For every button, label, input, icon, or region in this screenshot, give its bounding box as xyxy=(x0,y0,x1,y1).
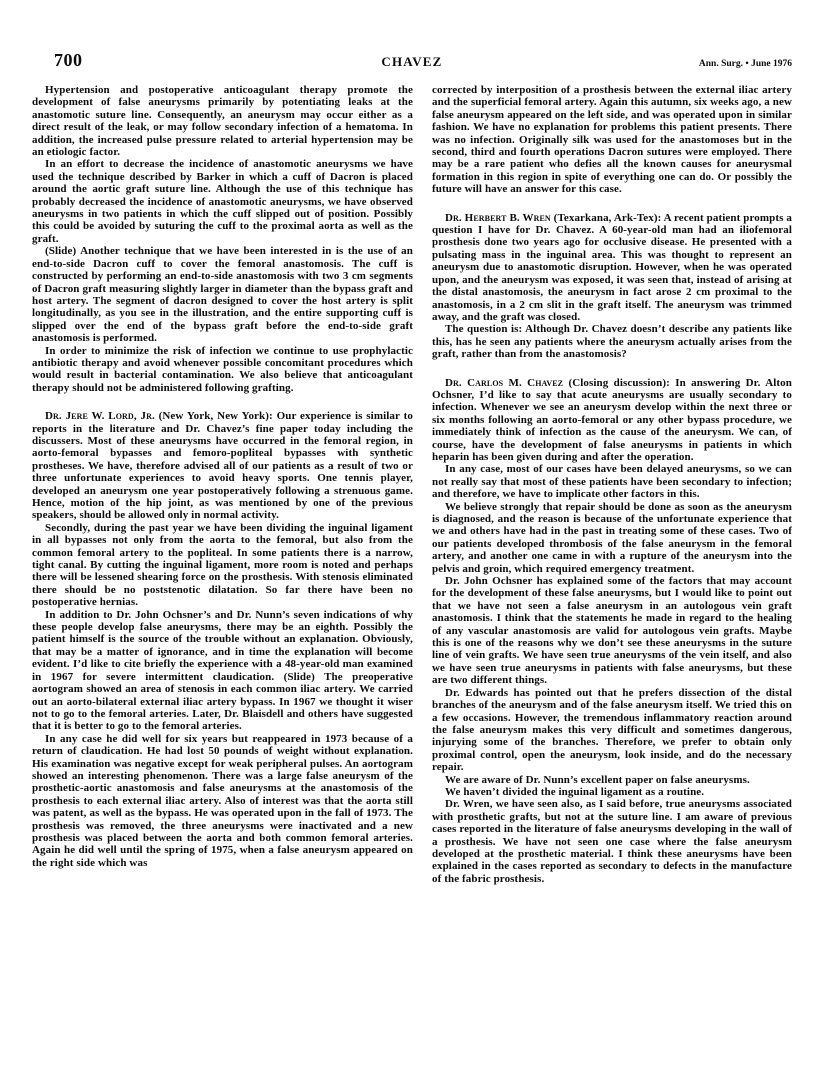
paragraph: In any case, most of our cases have been… xyxy=(432,463,792,500)
paragraph: Dr. Edwards has pointed out that he pref… xyxy=(432,687,792,774)
left-column: Hypertension and postoperative anticoagu… xyxy=(32,84,413,885)
journal-citation: Ann. Surg. • June 1976 xyxy=(539,59,792,69)
speaker-name: Dr. Jere W. Lord, Jr. xyxy=(45,410,155,422)
paragraph: (Slide) Another technique that we have b… xyxy=(32,245,413,344)
text-columns: Hypertension and postoperative anticoagu… xyxy=(32,84,792,885)
paragraph: In an effort to decrease the incidence o… xyxy=(32,158,413,245)
paragraph: The question is: Although Dr. Chavez doe… xyxy=(432,323,792,360)
discussant-paragraph: Dr. Carlos M. Chavez (Closing discussion… xyxy=(432,377,792,464)
page-header: 700 CHAVEZ Ann. Surg. • June 1976 xyxy=(32,50,792,71)
paragraph: Dr. John Ochsner has explained some of t… xyxy=(432,575,792,687)
discussant-paragraph: Dr. Herbert B. Wren (Texarkana, Ark-Tex)… xyxy=(432,212,792,324)
paragraph: In any case he did well for six years bu… xyxy=(32,733,413,869)
paragraph: In addition to Dr. John Ochsner’s and Dr… xyxy=(32,609,413,733)
running-head: CHAVEZ xyxy=(285,54,538,70)
paragraph-text: (New York, New York): Our experience is … xyxy=(32,410,413,521)
right-column: corrected by interposition of a prosthes… xyxy=(432,84,792,885)
speaker-name: Dr. Carlos M. Chavez xyxy=(445,377,563,389)
paragraph-text: (Texarkana, Ark-Tex): A recent patient p… xyxy=(432,212,792,323)
paragraph: We haven’t divided the inguinal ligament… xyxy=(432,786,792,798)
paragraph: We believe strongly that repair should b… xyxy=(432,501,792,575)
paragraph: Dr. Wren, we have seen also, as I said b… xyxy=(432,798,792,885)
discussant-paragraph: Dr. Jere W. Lord, Jr. (New York, New Yor… xyxy=(32,410,413,522)
speaker-name: Dr. Herbert B. Wren xyxy=(445,212,551,224)
paragraph: Secondly, during the past year we have b… xyxy=(32,522,413,609)
paragraph-text: (Closing discussion): In answering Dr. A… xyxy=(432,377,792,463)
journal-page: 700 CHAVEZ Ann. Surg. • June 1976 Hypert… xyxy=(0,0,816,1071)
paragraph: In order to minimize the risk of infecti… xyxy=(32,345,413,395)
page-number: 700 xyxy=(32,50,285,71)
paragraph: We are aware of Dr. Nunn’s excellent pap… xyxy=(432,774,792,786)
continuation-paragraph: corrected by interposition of a prosthes… xyxy=(432,84,792,196)
paragraph: Hypertension and postoperative anticoagu… xyxy=(32,84,413,158)
